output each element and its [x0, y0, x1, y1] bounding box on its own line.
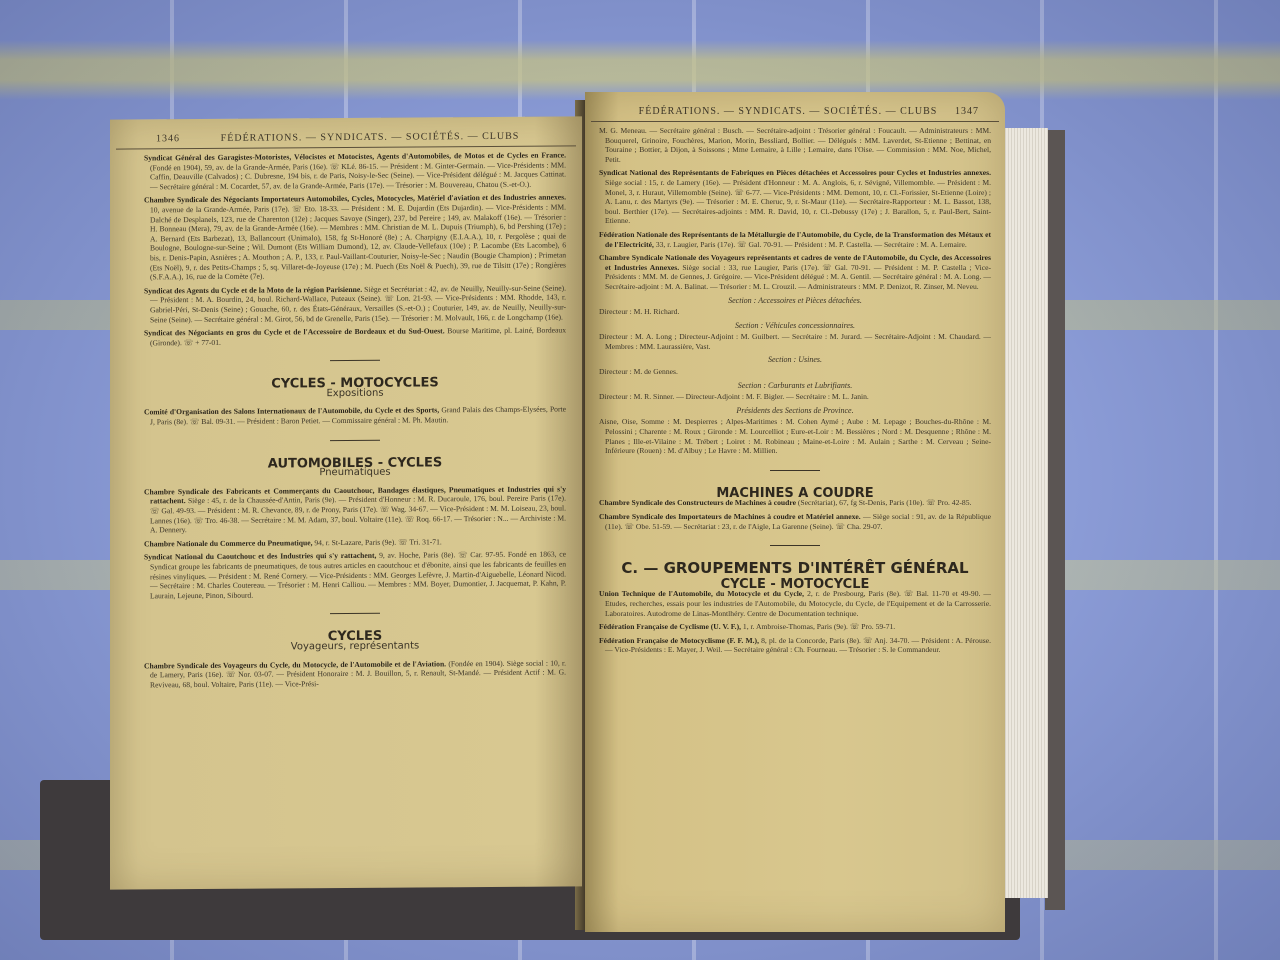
subsection-text: Directeur : M. H. Richard.	[599, 307, 991, 317]
subsection-label: Section : Véhicules concessionnaires.	[599, 321, 991, 331]
left-page-header: 1346 FÉDÉRATIONS. — SYNDICATS. — SOCIÉTÉ…	[116, 116, 576, 149]
directory-entry: Chambre Syndicale Nationale des Voyageur…	[599, 253, 991, 291]
section-title: MACHINES A COUDRE	[599, 489, 991, 499]
directory-entry: Fédération Française de Cyclisme (U. V. …	[599, 622, 991, 632]
left-page: 1346 FÉDÉRATIONS. — SYNDICATS. — SOCIÉTÉ…	[110, 116, 582, 889]
subsection-label: Section : Carburants et Lubrifiants.	[599, 381, 991, 391]
section-subtitle: Pneumatiques	[144, 467, 566, 480]
directory-entry: Syndicat National du Caoutchouc et des I…	[144, 550, 566, 601]
page-number: 1347	[955, 106, 979, 117]
subsection-text: Directeur : M. R. Sinner. — Directeur-Ad…	[599, 392, 991, 402]
directory-entry: Chambre Syndicale des Constructeurs de M…	[599, 498, 991, 508]
divider	[770, 470, 820, 471]
directory-entry: Syndicat National des Représentants de F…	[599, 168, 991, 226]
section-subtitle: Voyageurs, représentants	[144, 640, 566, 653]
book-cover-right	[1045, 130, 1065, 910]
directory-entry: Syndicat Général des Garagistes-Motorist…	[144, 150, 566, 191]
directory-entry: Chambre Syndicale des Négociants Importa…	[144, 193, 566, 282]
subsection-label: Section : Accessoires et Pièces détachée…	[599, 296, 991, 306]
subsection-text: Aisne, Oise, Somme : M. Despierres ; Alp…	[599, 417, 991, 455]
section-subtitle: Expositions	[144, 387, 566, 400]
subsection-text: Directeur : M. A. Long ; Directeur-Adjoi…	[599, 332, 991, 351]
directory-entry: Union Technique de l'Automobile, du Moto…	[599, 589, 991, 618]
divider	[330, 360, 380, 361]
running-head: FÉDÉRATIONS. — SYNDICATS. — SOCIÉTÉS. — …	[180, 131, 560, 145]
directory-entry: Fédération Nationale des Représentants d…	[599, 230, 991, 249]
directory-entry: Chambre Syndicale des Importateurs de Ma…	[599, 512, 991, 531]
divider	[330, 439, 380, 440]
directory-entry: Chambre Syndicale des Fabricants et Comm…	[144, 484, 566, 535]
page-edges	[1000, 128, 1048, 898]
subsection-label: Présidents des Sections de Province.	[599, 406, 991, 416]
page-number: 1346	[156, 133, 180, 144]
directory-entry: Chambre Syndicale des Voyageurs du Cycle…	[144, 658, 566, 690]
directory-entry: Comité d'Organisation des Salons Interna…	[144, 405, 566, 427]
running-head: FÉDÉRATIONS. — SYNDICATS. — SOCIÉTÉS. — …	[621, 106, 955, 117]
right-page-header: FÉDÉRATIONS. — SYNDICATS. — SOCIÉTÉS. — …	[591, 92, 999, 122]
directory-entry: Chambre Nationale du Commerce du Pneumat…	[144, 536, 566, 549]
subsection-label: Section : Usines.	[599, 355, 991, 365]
subsection-text: Directeur : M. de Gennes.	[599, 367, 991, 377]
chapter-title: C. — GROUPEMENTS D'INTÉRÊT GÉNÉRAL	[599, 564, 991, 574]
directory-entry: Syndicat des Agents du Cycle et de la Mo…	[144, 283, 566, 324]
section-title: CYCLE - MOTOCYCLE	[599, 580, 991, 590]
divider	[770, 545, 820, 546]
continuation-text: M. G. Meneau. — Secrétaire général : Bus…	[599, 126, 991, 164]
directory-entry: Fédération Française de Motocyclisme (F.…	[599, 636, 991, 655]
right-page: FÉDÉRATIONS. — SYNDICATS. — SOCIÉTÉS. — …	[585, 92, 1005, 932]
divider	[330, 613, 380, 614]
directory-entry: Syndicat des Négociants en gros du Cycle…	[144, 326, 566, 348]
